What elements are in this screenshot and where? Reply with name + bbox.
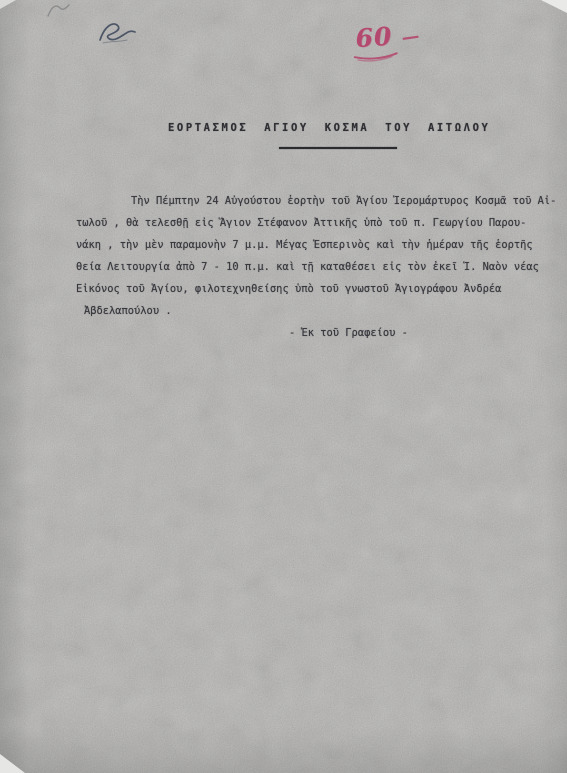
title-underline — [279, 147, 397, 149]
scan-corner-bottom-left — [0, 754, 25, 773]
document-body: Τὴν Πέμπτην 24 Αὐγούστου ἑορτὴν τοῦ Ἁγίο… — [76, 190, 556, 322]
pencil-scribble-icon — [46, 2, 72, 20]
typed-line: Εἰκόνος τοῦ Ἁγίου, φιλοτεχνηθείσης ὑπὸ τ… — [76, 278, 556, 300]
paper-texture — [0, 0, 567, 773]
page-number-underline — [347, 19, 426, 68]
scan-vignette — [0, 0, 567, 773]
scan-corner-top-left — [0, 0, 16, 9]
typed-line: τωλοῦ , θὰ τελεσθῇ εἰς Ἅγιον Στέφανον Ἀτ… — [76, 212, 556, 234]
typed-line: Ἀβδελαπούλου . — [76, 300, 556, 322]
handwritten-page-number: 60 — [347, 19, 426, 68]
scan-corner-top-right — [541, 0, 567, 13]
typed-line: Τὴν Πέμπτην 24 Αὐγούστου ἑορτὴν τοῦ Ἁγίο… — [76, 190, 556, 212]
document-title: ΕΟΡΤΑΣΜΟΣ ΑΓΙΟΥ ΚΟΣΜΑ ΤΟΥ ΑΙΤΩΛΟΥ — [168, 122, 490, 134]
typed-line: θεία Λειτουργία ἀπὸ 7 - 10 π.μ. καὶ τῇ κ… — [76, 256, 556, 278]
ink-scribble-icon — [97, 19, 139, 47]
closing-signature: - Ἐκ τοῦ Γραφείου - — [289, 327, 408, 339]
document-page: 60 ΕΟΡΤΑΣΜΟΣ ΑΓΙΟΥ ΚΟΣΜΑ ΤΟΥ ΑΙΤΩΛΟΥ Τὴν… — [0, 0, 567, 773]
typed-line: νάκη , τὴν μὲν παραμονὴν 7 μ.μ. Μέγας Ἑσ… — [76, 234, 556, 256]
